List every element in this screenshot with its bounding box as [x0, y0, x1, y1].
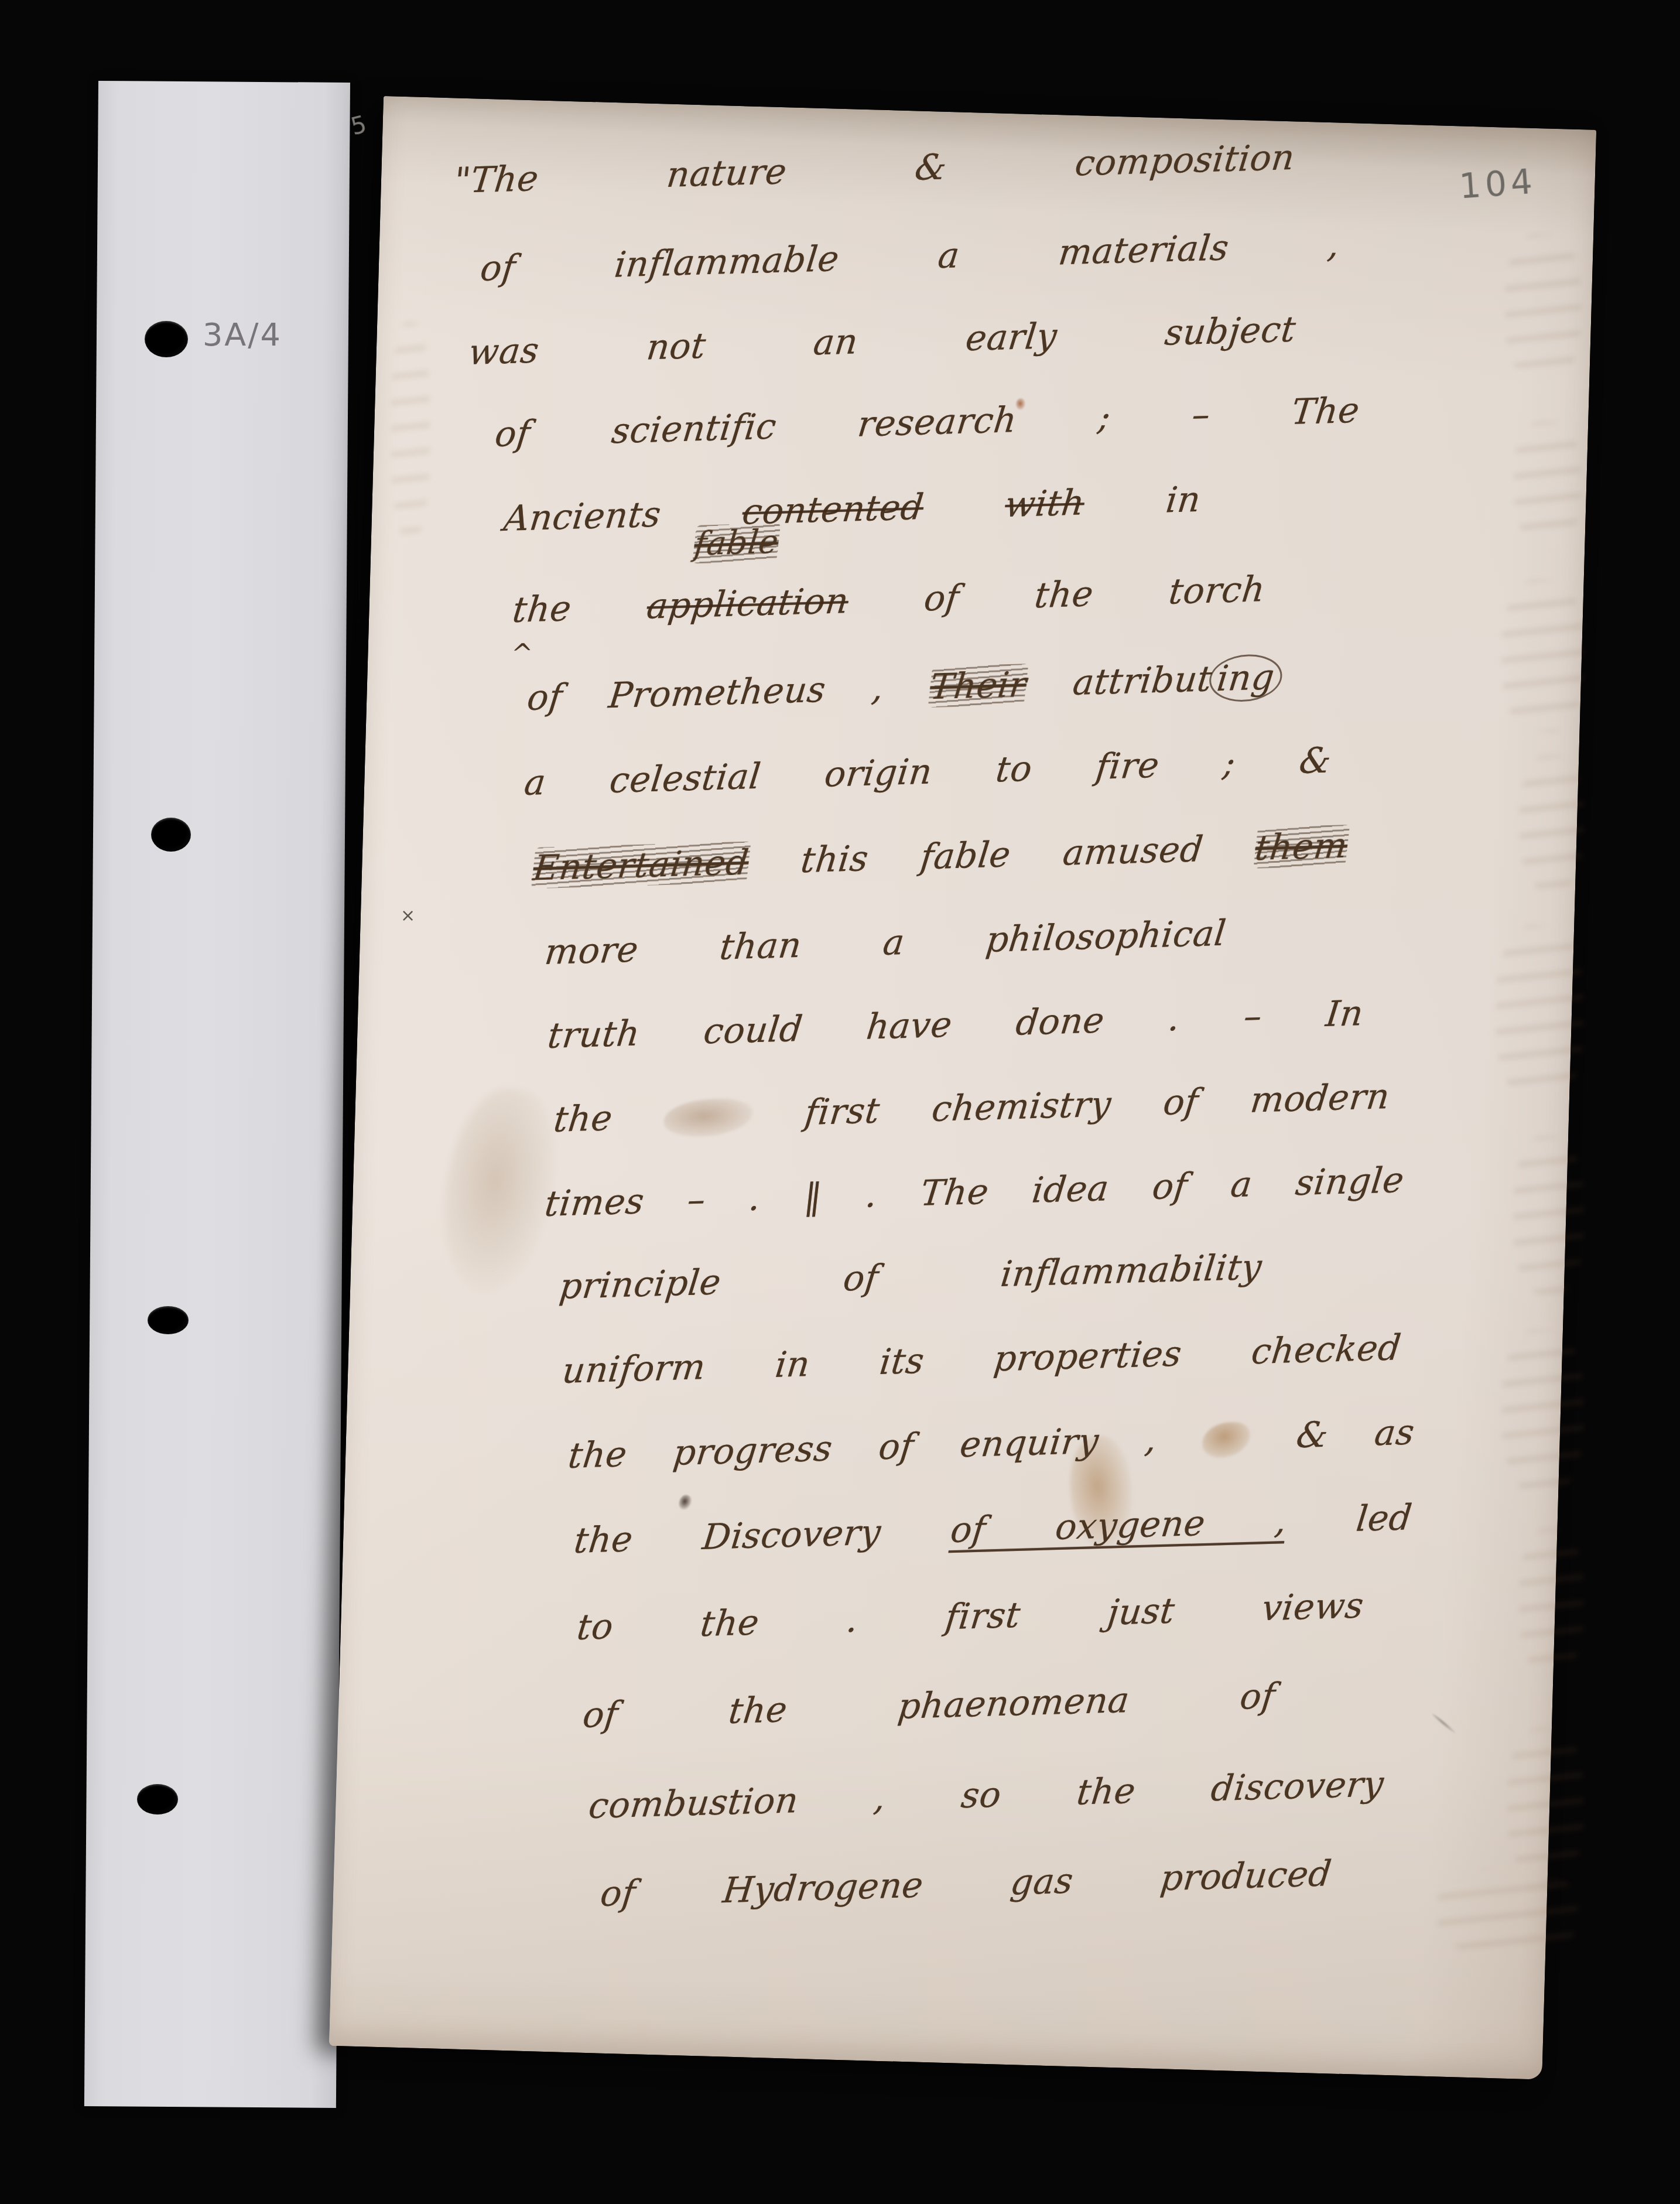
pencil-shelfmark: 3A/4 — [203, 316, 282, 353]
page-number: 104 — [1458, 161, 1538, 206]
archival-photo: { "backing_sheet": { "pencil_number": "5… — [0, 0, 1680, 2204]
margin-x-mark: × — [401, 905, 415, 926]
annotations-layer: 5 3A/4 104 × — [0, 0, 1680, 2204]
pencil-number: 5 — [348, 111, 369, 141]
